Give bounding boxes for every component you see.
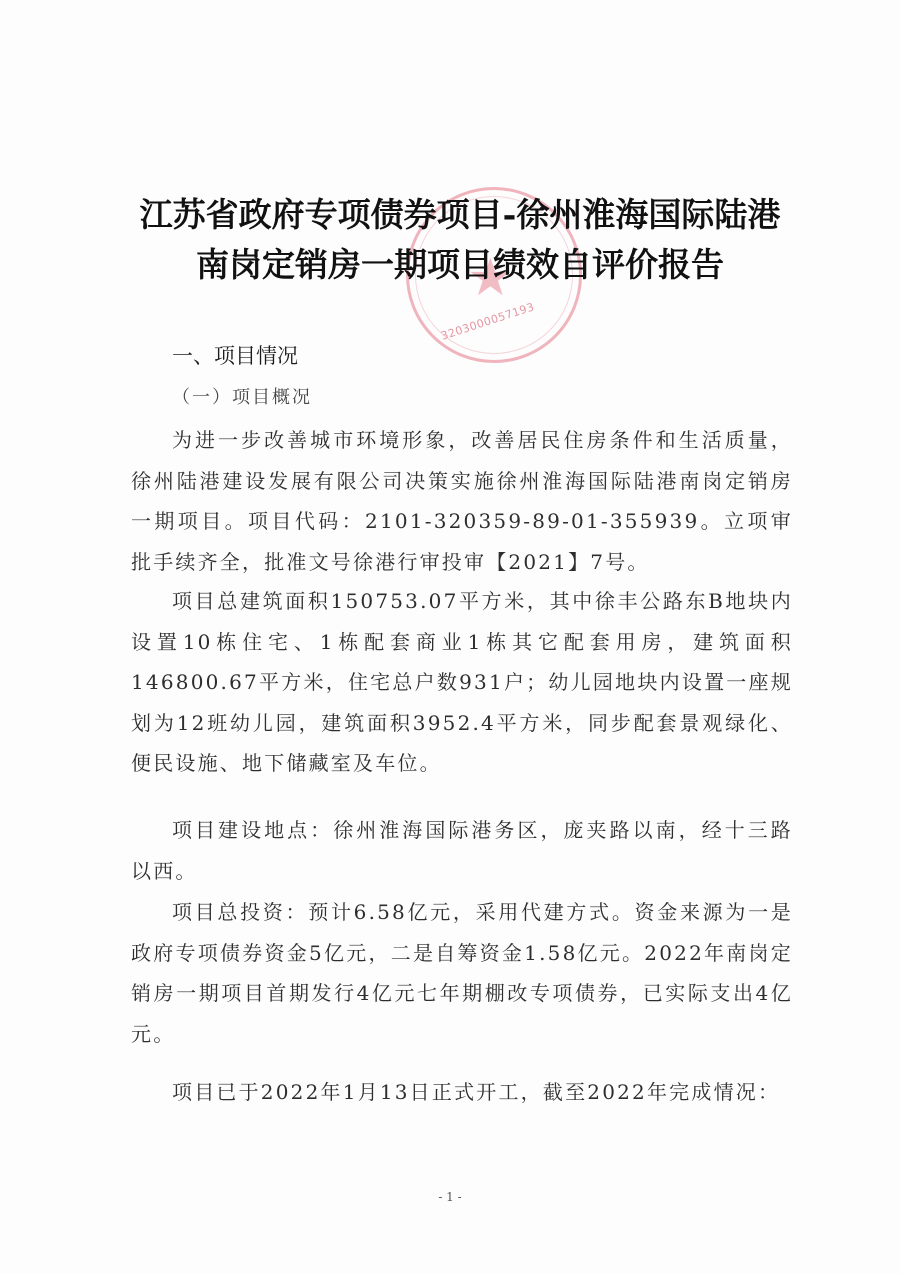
seal-code: 3203000057193 — [439, 300, 536, 342]
subsection-heading: （一）项目概况 — [172, 383, 312, 409]
section-heading: 一、项目情况 — [172, 340, 298, 370]
paragraph-progress: 项目已于2022年1月13日正式开工，截至2022年完成情况： — [131, 1072, 793, 1113]
document-title-line-1: 江苏省政府专项债券项目-徐州淮海国际陆港 — [120, 190, 800, 240]
paragraph-investment: 项目总投资：预计6.58亿元，采用代建方式。资金来源为一是政府专项债券资金5亿元… — [131, 892, 793, 1054]
paragraph-area: 项目总建筑面积150753.07平方米，其中徐丰公路东B地块内设置10栋住宅、1… — [131, 581, 793, 784]
document-title-line-2: 南岗定销房一期项目绩效自评价报告 — [120, 240, 800, 290]
page-number: - 1 - — [0, 1190, 900, 1204]
paragraph-overview: 为进一步改善城市环境形象，改善居民住房条件和生活质量，徐州陆港建设发展有限公司决… — [131, 420, 793, 582]
paragraph-location: 项目建设地点：徐州淮海国际港务区，庞夹路以南，经十三路以西。 — [131, 810, 793, 891]
document-page: ★ 3203000057193 江苏省政府专项债券项目-徐州淮海国际陆港 南岗定… — [0, 0, 900, 1274]
